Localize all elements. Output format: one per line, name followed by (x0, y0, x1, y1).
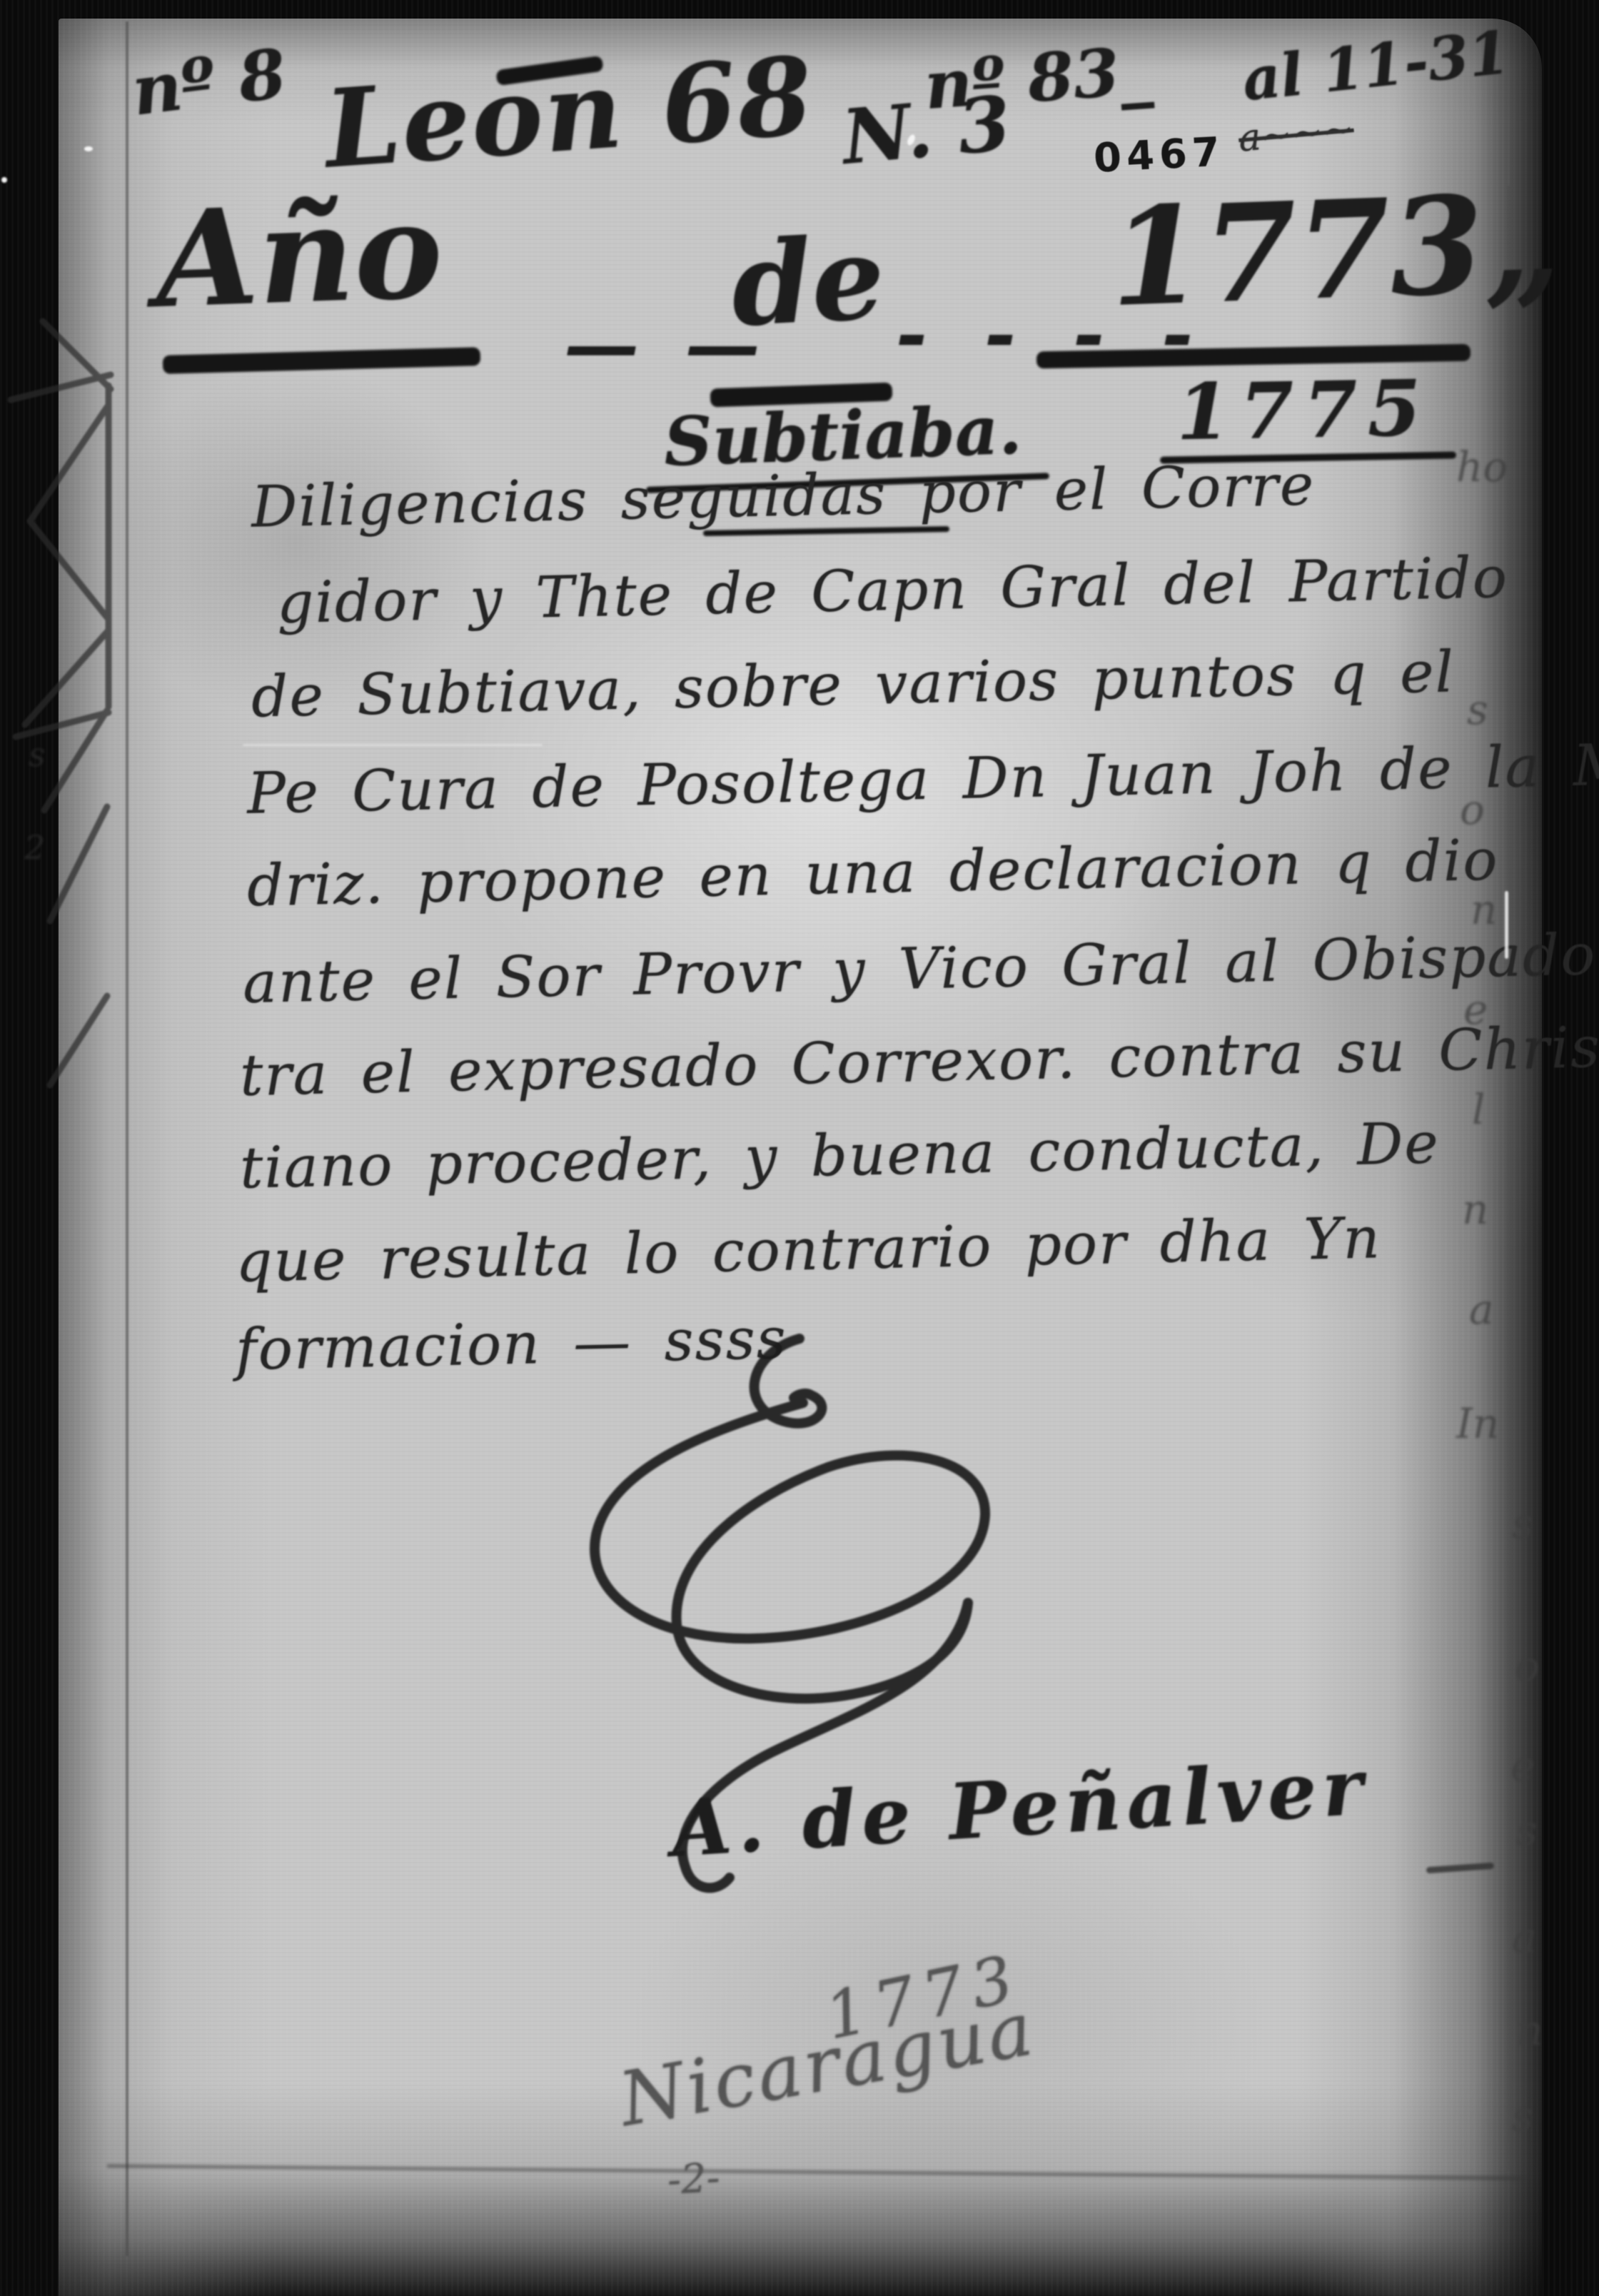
margin-fragment: e (1463, 985, 1488, 1034)
margin-fragment: a (1469, 1285, 1494, 1334)
white-speck (84, 146, 93, 151)
margin-fragment: s (1467, 685, 1488, 734)
margin-fragment: n (1471, 885, 1497, 934)
margin-fragment: s (1512, 2092, 1533, 2140)
title-year: 1773„ (1107, 163, 1563, 337)
title-year-alt: 1775 (1176, 363, 1432, 458)
white-scratch (243, 744, 543, 746)
right-fold-line (1508, 186, 1510, 2170)
folio-right-number: nº 83_ (922, 31, 1155, 124)
margin-fragment: o (1460, 785, 1485, 834)
margin-fragment: s (1516, 1806, 1538, 1855)
binding-stitches-icon (0, 307, 143, 1221)
margin-fragment: ho (1456, 443, 1508, 491)
title-ano: Año (153, 172, 445, 338)
margin-fragment: o (1515, 1642, 1540, 1691)
manuscript-scan: nº 8 Leon 68 N. 3 nº 83_ 0467 al 11-31 a… (0, 0, 1599, 2296)
margin-fragment: l (1472, 1085, 1485, 1134)
margin-fragment: s (1512, 1499, 1533, 1548)
title-de: de (728, 211, 887, 353)
spine-mark: s (29, 735, 46, 774)
margin-fragment: n (1462, 1185, 1488, 1234)
white-speck (1, 177, 7, 183)
margin-fragment: e (1510, 1742, 1535, 1791)
white-streak (1505, 891, 1508, 959)
page-number: -2- (666, 2155, 721, 2204)
margin-fragment: a (1512, 1913, 1537, 1962)
margin-fragment: n (1516, 2006, 1543, 2055)
spine-mark: 2 (24, 828, 45, 867)
stamp-number: 0467 (1092, 129, 1226, 182)
margin-fragment: In (1456, 1399, 1499, 1448)
margin-rule-line (126, 21, 128, 2256)
